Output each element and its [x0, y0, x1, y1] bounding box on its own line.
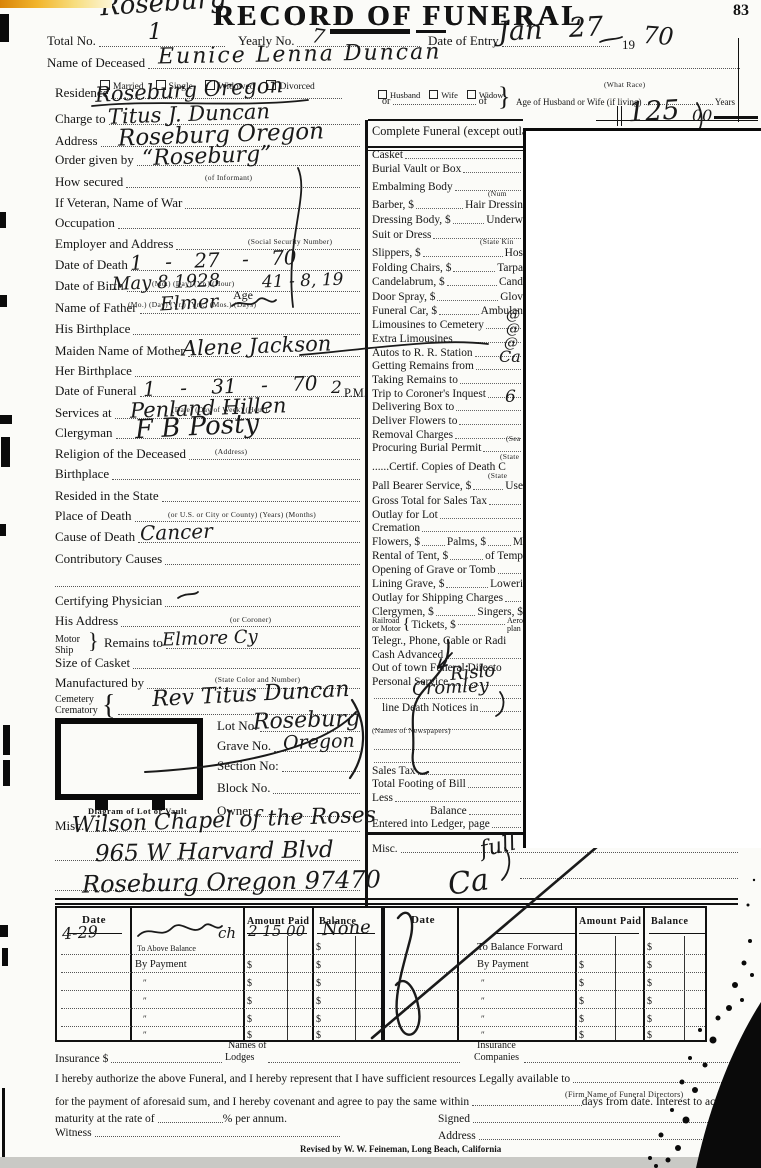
- newspapers-sub: (Names of Newspapers): [372, 726, 451, 735]
- cost-line: Pall Bearer Service, $Use: [372, 479, 523, 492]
- right-edge-line: [738, 38, 739, 122]
- cost-line: Folding Chairs, $Tarpa: [372, 261, 523, 274]
- dollar-sign: $: [647, 960, 652, 971]
- hw-at-2: @: [506, 322, 520, 336]
- row-label: To Above Balance: [137, 944, 196, 953]
- ditto-marks: ″: [481, 978, 511, 988]
- cost-line: Rental of Tent, $of Temp: [372, 549, 523, 562]
- field-if-veteran: If Veteran, Name of War: [55, 196, 360, 211]
- hw-grave-no: Oregon: [283, 732, 355, 753]
- dollar-sign: $: [647, 978, 652, 989]
- cost-line: Outlay for Shipping Charges: [372, 591, 523, 604]
- what-race-sub: (What Race): [604, 80, 645, 89]
- scan-artifact: [2, 1088, 5, 1163]
- cost-box-label: Complete Funeral (except outla: [372, 124, 523, 139]
- scan-artifact: [0, 925, 8, 937]
- col-header-amount-paid: Amount Paid: [579, 916, 641, 927]
- field-birthplace: Birthplace: [55, 467, 360, 482]
- cost-line: line Death Notices in: [372, 701, 523, 714]
- cost-line: Lining Grave, $Loweri: [372, 577, 523, 590]
- cemetery-stack: CemeteryCrematory: [55, 694, 98, 716]
- cost-line: Taking Remains to: [372, 373, 523, 386]
- scan-artifact: [2, 948, 8, 966]
- cost-line: Opening of Grave or Tomb: [372, 563, 523, 576]
- dollar-sign: $: [579, 1030, 584, 1041]
- table-top-rule-1: [55, 898, 738, 900]
- dollar-sign: $: [247, 960, 252, 971]
- amount-heavy-seg: [714, 116, 758, 119]
- dollar-sign: $: [247, 978, 252, 989]
- lodges-dotline: [268, 1062, 460, 1063]
- field-certifying-physician: Certifying Physician: [55, 594, 360, 609]
- hw-entry-year: 70: [642, 23, 674, 49]
- dollar-sign: $: [579, 1014, 584, 1025]
- dollar-sign: $: [316, 1014, 321, 1025]
- dollar-sign: $: [316, 996, 321, 1007]
- cost-line: Candelabrum, $Cand: [372, 275, 523, 288]
- row-label: By Payment: [135, 959, 187, 970]
- authorization-line-2: for the payment of aforesaid sum, and I …: [55, 1093, 738, 1108]
- hw-mother: Alene Jackson: [182, 333, 332, 359]
- hw-complete-funeral-amount: 125: [627, 97, 680, 127]
- hw-payment-balance: None: [322, 919, 372, 940]
- hw-father: Elmer: [160, 292, 219, 314]
- field-block-no: Block No.: [217, 781, 360, 796]
- cost-line: Total Footing of Bill: [372, 777, 523, 790]
- cost-line: Balance: [430, 804, 523, 817]
- revision-note: Revised by W. W. Feineman, Long Beach, C…: [300, 1144, 501, 1154]
- hw-top-scrawl: Roseburg: [99, 0, 227, 20]
- hw-date-of-death: 1 - 27 - 70: [130, 247, 297, 273]
- dollar-sign: $: [247, 1014, 252, 1025]
- dollar-sign: $: [316, 978, 321, 989]
- dollar-sign: $: [316, 1030, 321, 1041]
- scan-artifact: [0, 14, 9, 42]
- hw-note-full: full: [478, 832, 518, 861]
- misc-right-dotline: [520, 878, 738, 879]
- lodges-label-2: Lodges: [225, 1052, 254, 1063]
- row-label: By Payment: [477, 959, 529, 970]
- signed-line: Signed: [438, 1110, 738, 1125]
- spouse-or-line: or of: [382, 92, 490, 107]
- hw-delivering-box: 6: [505, 389, 516, 406]
- dollar-sign: $: [579, 960, 584, 971]
- funeral-record-scan: Roseburg RECORD OF FUNERAL 83 Total No. …: [0, 0, 761, 1168]
- hw-payment-amount: 2 15 00: [248, 924, 305, 939]
- hw-payment-date: 4-29: [61, 924, 98, 942]
- lot-diagram: [55, 718, 203, 800]
- dollar-sign: $: [647, 1030, 652, 1041]
- scan-artifact: [1, 437, 10, 467]
- ditto-marks: ″: [143, 978, 173, 988]
- cost-line: Out of town Funeral Directo: [372, 661, 523, 674]
- cost-sub: (Num: [488, 189, 507, 198]
- table-top-rule-2: [55, 903, 738, 905]
- scan-artifact: [0, 415, 12, 424]
- field-how-secured: How secured: [55, 175, 360, 190]
- dollar-sign: $: [647, 942, 652, 953]
- printed-19: 19: [622, 37, 635, 53]
- cost-line: Extra Limousines: [372, 332, 523, 345]
- cost-line: [372, 739, 523, 752]
- hw-misc-2: 965 W Harvard Blvd: [95, 839, 334, 866]
- hw-remains-to: Elmore Cy: [162, 628, 258, 649]
- dollar-sign: $: [316, 960, 321, 971]
- dollar-sign: $: [647, 996, 652, 1007]
- ditto-marks: ″: [143, 996, 173, 1006]
- cost-sub: (State Kin: [480, 237, 514, 246]
- hw-name-of-deceased: Eunice Lenna Duncan: [158, 42, 442, 69]
- cost-line: Slippers, $Hos: [372, 246, 523, 259]
- scan-edge-strip: [0, 0, 112, 8]
- field-contributory: Contributory Causes: [55, 552, 360, 567]
- overlapping-blank-sheet: [523, 128, 761, 848]
- dollar-sign: $: [247, 996, 252, 1007]
- amount-divider-1: [617, 106, 618, 126]
- col-header-balance: Balance: [651, 916, 688, 927]
- cost-line: Burial Vault or Box: [372, 162, 523, 175]
- cost-line: Gross Total for Sales Tax: [372, 494, 523, 507]
- blank-dotted-line: [55, 574, 360, 589]
- cost-line: Telegr., Phone, Cable or Radi: [372, 634, 523, 647]
- hw-at-1: @: [506, 308, 520, 322]
- cost-line: Entered into Ledger, page: [372, 817, 523, 830]
- field-religion: Religion of the Deceased: [55, 447, 360, 462]
- pm-printed: P.M.: [344, 386, 367, 401]
- address-line: Address: [438, 1127, 738, 1142]
- cost-line: Door Spray, $Glov: [372, 290, 523, 303]
- companies-label-2: Companies: [474, 1052, 519, 1063]
- field-size-of-casket: Size of Casket: [55, 656, 360, 671]
- ditto-marks: ″: [481, 1014, 511, 1024]
- cost-line: Less: [372, 791, 523, 804]
- witness-line: Witness: [55, 1124, 340, 1139]
- cost-line: Cremation: [372, 521, 523, 534]
- hw-personal-service-2: Cromley: [412, 677, 490, 699]
- col-header-date: Date: [411, 914, 435, 926]
- hw-getting-remains: Ca: [499, 349, 521, 365]
- cost-line: Flowers, $Palms, $M: [372, 535, 523, 548]
- cost-line: Limousines to Cemetery: [372, 318, 523, 331]
- scan-artifact: [3, 760, 10, 786]
- field-section-no: Section No:: [217, 759, 360, 774]
- cost-line: Outlay for Lot: [372, 508, 523, 521]
- payment-table-right: Date Amount Paid Balance To Balance Forw…: [383, 906, 707, 1042]
- ditto-marks: ″: [143, 1014, 173, 1024]
- companies-dotline: [524, 1062, 738, 1063]
- hw-complete-funeral-cents: 00: [692, 108, 712, 124]
- dollar-sign: $: [579, 996, 584, 1007]
- cost-line: Casket: [372, 148, 523, 161]
- scan-artifact: [3, 725, 10, 755]
- hw-cause-of-death: Cancer: [140, 521, 213, 544]
- hw-order-given-by: “Roseburg”: [142, 144, 272, 171]
- hw-note-ca: Ca: [446, 865, 491, 900]
- ditto-marks: ″: [481, 1030, 511, 1040]
- field-insurance: Insurance $: [55, 1050, 222, 1065]
- cost-line: Barber, $Hair Dressin: [372, 198, 523, 211]
- authorization-line-1: I hereby authorize the above Funeral, an…: [55, 1070, 738, 1085]
- cost-line: Funeral Car, $Ambulan: [372, 304, 523, 317]
- motor-ship-stack: MotorShip: [55, 634, 80, 656]
- field-occupation: Occupation: [55, 216, 360, 231]
- authorization-line-3: maturity at the rate of % per annum.: [55, 1110, 290, 1125]
- cost-line: Dressing Body, $Underw: [372, 213, 523, 226]
- hw-date-of-entry: Jan 27: [497, 13, 604, 45]
- dollar-sign: $: [579, 978, 584, 989]
- scan-artifact: [0, 524, 6, 536]
- cost-line-railroad: Railroador Motor { Tickets, $ Aeroplan: [372, 616, 523, 634]
- hw-misc-3: Roseburg Oregon 97470: [82, 867, 381, 896]
- cost-line: Cash Advanced: [372, 648, 523, 661]
- page-number: 83: [733, 2, 749, 20]
- cost-itemization-column: Complete Funeral (except outla Casket Bu…: [368, 118, 523, 845]
- row-label: To Balance Forward: [477, 942, 563, 953]
- scan-artifact: [0, 295, 7, 307]
- spouse-brace: }: [498, 82, 510, 112]
- ditto-marks: ″: [481, 996, 511, 1006]
- hw-payment-over: ch: [218, 926, 236, 941]
- hw-clergyman: F B Posty: [134, 411, 259, 443]
- dollar-sign: $: [247, 1030, 252, 1041]
- hw-age: 41 - 8, 19: [262, 272, 344, 292]
- amount-divider-2: [621, 106, 622, 126]
- field-his-address: His Address: [55, 614, 360, 629]
- scan-bottom-bar: [0, 1157, 761, 1168]
- dollar-sign: $: [316, 942, 321, 953]
- motor-ship-brace: }: [88, 632, 99, 650]
- hw-funeral-hour: 2: [331, 380, 342, 397]
- cost-line: Sales Tax: [372, 764, 523, 777]
- cost-line: Deliver Flowers to: [372, 414, 523, 427]
- ditto-marks: ″: [143, 1030, 173, 1040]
- cost-line: Trip to Coroner's Inquest: [372, 387, 523, 400]
- field-resided-in-state: Resided in the State: [55, 489, 360, 504]
- scan-artifact: [0, 212, 6, 228]
- cost-line: Removal Charges: [372, 428, 523, 441]
- cost-line: Delivering Box to: [372, 400, 523, 413]
- hw-total-no: 1: [148, 22, 162, 44]
- dollar-sign: $: [647, 1014, 652, 1025]
